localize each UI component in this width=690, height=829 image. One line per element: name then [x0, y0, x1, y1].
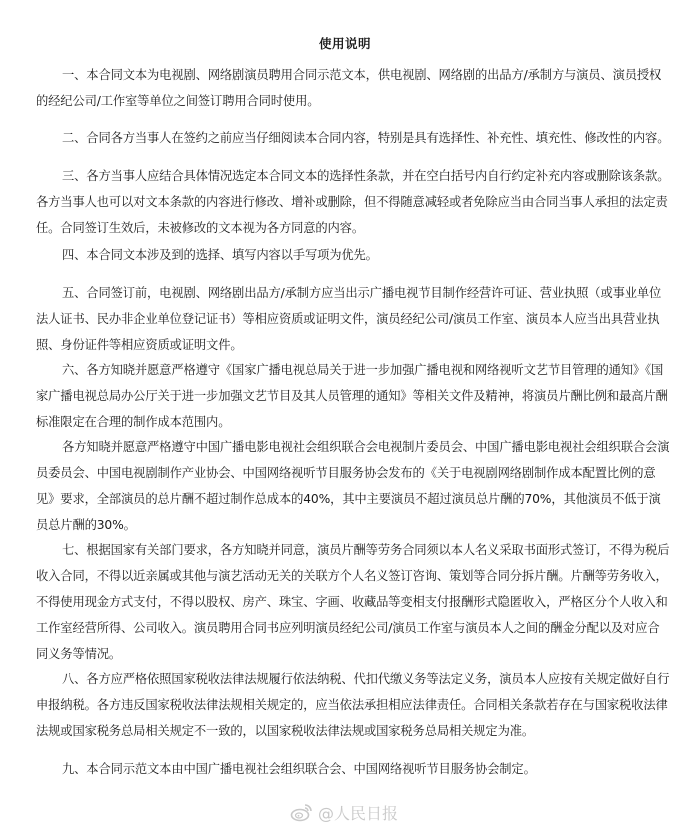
paragraph-line: 申报纳税。各方违反国家税收法律法规相关规定的，应当依法承担相应法律责任。合同相关…	[36, 692, 646, 718]
paragraph-6-continued: 各方知晓并愿意严格遵守中国广播电影电视社会组织联合会电视制片委员会、中国广播电影…	[36, 434, 646, 538]
watermark-text: @人民日报	[318, 801, 398, 824]
paragraph-9: 九、本合同示范文本由中国广播电视社会组织联合会、中国网络视听节目服务协会制定。	[36, 756, 646, 782]
paragraph-line: 六、各方知晓并愿意严格遵守《国家广播电视总局关于进一步加强广播电视和网络视听文艺…	[36, 357, 646, 383]
paragraph-2: 二、合同各方当事人在签约之前应当仔细阅读本合同内容，特别是具有选择性、补充性、填…	[36, 125, 646, 151]
paragraph-5: 五、合同签订前，电视剧、网络剧出品方/承制方应当出示广播电视节目制作经营许可证、…	[36, 280, 646, 358]
paragraph-line: 各方当事人也可以对文本条款的内容进行修改、增补或删除，但不得随意减轻或者免除应当…	[36, 189, 646, 215]
paragraph-line: 法人证书、民办非企业单位登记证书）等相应资质或证明文件，演员经纪公司/演员工作室…	[36, 306, 646, 332]
paragraph-8: 八、各方应严格依照国家税收法律法规履行依法纳税、代扣代缴义务等法定义务，演员本人…	[36, 666, 646, 744]
paragraph-line: 照、身份证件等相应资质或证明文件。	[36, 332, 646, 358]
paragraph-line: 家广播电视总局办公厅关于进一步加强文艺节目及其人员管理的通知》等相关文件及精神，…	[36, 383, 646, 409]
paragraph-line: 员总片酬的30%。	[36, 512, 646, 538]
paragraph-line: 四、本合同文本涉及到的选择、填写内容以手写项为优先。	[36, 242, 646, 268]
paragraph-line: 各方知晓并愿意严格遵守中国广播电影电视社会组织联合会电视制片委员会、中国广播电影…	[36, 434, 646, 460]
paragraph-line: 员委员会、中国电视剧制作产业协会、中国网络视听节目服务协会发布的《关于电视剧网络…	[36, 460, 646, 486]
paragraph-line: 五、合同签订前，电视剧、网络剧出品方/承制方应当出示广播电视节目制作经营许可证、…	[36, 280, 646, 306]
paragraph-line: 不得使用现金方式支付，不得以股权、房产、珠宝、字画、收藏品等变相支付报酬形式隐匿…	[36, 589, 646, 615]
paragraph-line: 法规或国家税务总局相关规定不一致的，以国家税收法律法规或国家税务总局相关规定为准…	[36, 718, 646, 744]
paragraph-line: 收入合同，不得以近亲属或其他与演艺活动无关的关联方个人名义签订咨询、策划等合同分…	[36, 563, 646, 589]
paragraph-line: 八、各方应严格依照国家税收法律法规履行依法纳税、代扣代缴义务等法定义务，演员本人…	[36, 666, 646, 692]
paragraph-line: 九、本合同示范文本由中国广播电视社会组织联合会、中国网络视听节目服务协会制定。	[36, 756, 646, 782]
document-title: 使用说明	[0, 34, 690, 52]
paragraph-line: 同义务等情况。	[36, 641, 646, 667]
paragraph-line: 标准限定在合理的制作成本范围内。	[36, 409, 646, 435]
weibo-icon	[290, 802, 314, 822]
paragraph-line: 的经纪公司/工作室等单位之间签订聘用合同时使用。	[36, 88, 646, 114]
paragraph-line: 一、本合同文本为电视剧、网络剧演员聘用合同示范文本，供电视剧、网络剧的出品方/承…	[36, 62, 646, 88]
paragraph-7: 七、根据国家有关部门要求，各方知晓并同意，演员片酬等劳务合同须以本人名义采取书面…	[36, 537, 646, 667]
paragraph-line: 三、各方当事人应结合具体情况选定本合同文本的选择性条款，并在空白括号内自行约定补…	[36, 163, 646, 189]
paragraph-line: 任。合同签订生效后，未被修改的文本视为各方同意的内容。	[36, 215, 646, 241]
paragraph-3: 三、各方当事人应结合具体情况选定本合同文本的选择性条款，并在空白括号内自行约定补…	[36, 163, 646, 241]
paragraph-4: 四、本合同文本涉及到的选择、填写内容以手写项为优先。	[36, 242, 646, 268]
paragraph-line: 二、合同各方当事人在签约之前应当仔细阅读本合同内容，特别是具有选择性、补充性、填…	[36, 125, 646, 151]
weibo-watermark: @人民日报	[290, 800, 398, 824]
paragraph-6: 六、各方知晓并愿意严格遵守《国家广播电视总局关于进一步加强广播电视和网络视听文艺…	[36, 357, 646, 435]
paragraph-line: 工作室经营所得、公司收入。演员聘用合同书应列明演员经纪公司/演员工作室与演员本人…	[36, 615, 646, 641]
paragraph-1: 一、本合同文本为电视剧、网络剧演员聘用合同示范文本，供电视剧、网络剧的出品方/承…	[36, 62, 646, 114]
paragraph-line: 见》要求，全部演员的总片酬不超过制作总成本的40%，其中主要演员不超过演员总片酬…	[36, 486, 646, 512]
paragraph-line: 七、根据国家有关部门要求，各方知晓并同意，演员片酬等劳务合同须以本人名义采取书面…	[36, 537, 646, 563]
